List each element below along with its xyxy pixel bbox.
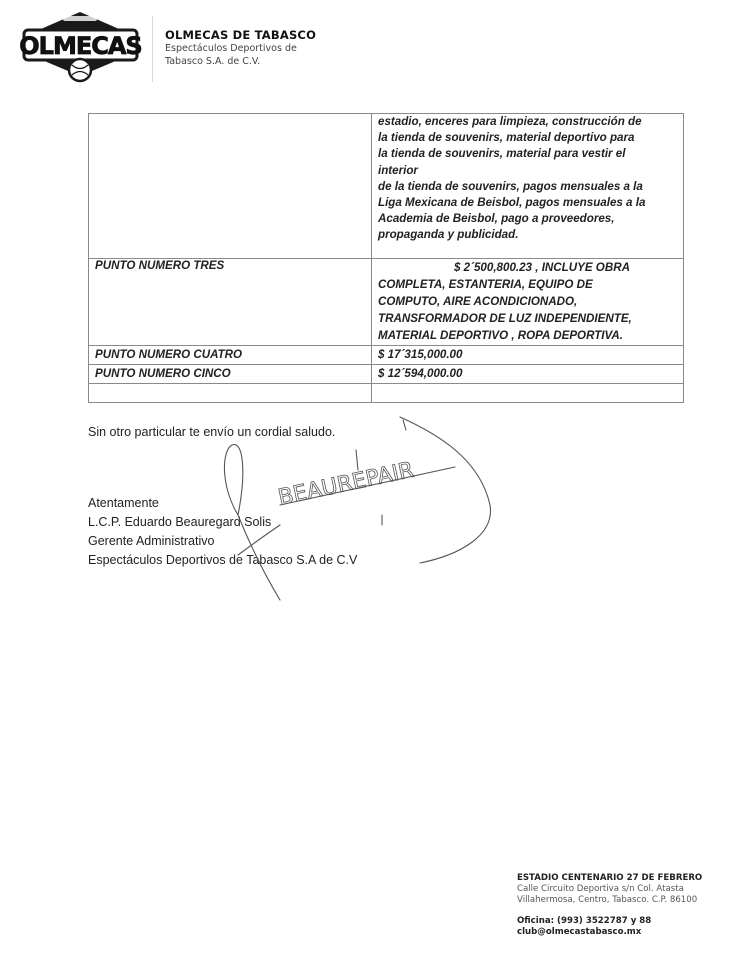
row-amount: $ 12´594,000.00: [372, 365, 684, 384]
table-row: PUNTO NUMERO CINCO $ 12´594,000.00: [89, 365, 684, 384]
svg-text:OLMECAS: OLMECAS: [19, 32, 141, 60]
row-amount: $ 17´315,000.00: [372, 346, 684, 365]
description-line: , INCLUYE OBRA: [535, 261, 630, 274]
row-label: PUNTO NUMERO TRES: [89, 259, 372, 346]
table-row: [89, 384, 684, 403]
olmecas-logo-icon: OLMECAS: [18, 10, 143, 85]
email-link[interactable]: club@olmecastabasco.mx: [517, 927, 702, 938]
phone: Oficina: (993) 3522787 y 88: [517, 916, 702, 927]
footer-contact: ESTADIO CENTENARIO 27 DE FEBRERO Calle C…: [517, 873, 702, 938]
row-amount: [372, 384, 684, 403]
description-line: MATERIAL DEPORTIVO , ROPA DEPORTIVA.: [378, 327, 677, 344]
row-description: estadio, enceres para limpieza, construc…: [372, 114, 684, 259]
address-line2: Villahermosa, Centro, Tabasco. C.P. 8610…: [517, 895, 702, 906]
description-line: interior: [378, 163, 677, 179]
description-line: TRANSFORMADOR DE LUZ INDEPENDIENTE,: [378, 310, 677, 327]
row-description: $ 2´500,800.23 , INCLUYE OBRA COMPLETA, …: [372, 259, 684, 346]
description-line: Academia de Beisbol, pago a proveedores,: [378, 211, 677, 227]
organization-info: OLMECAS DE TABASCO Espectáculos Deportiv…: [165, 28, 316, 68]
description-line: estadio, enceres para limpieza, construc…: [378, 114, 677, 130]
signature-block: Atentamente L.C.P. Eduardo Beauregard So…: [88, 494, 357, 570]
venue-name: ESTADIO CENTENARIO 27 DE FEBRERO: [517, 873, 702, 884]
org-subtitle-line2: Tabasco S.A. de C.V.: [165, 56, 316, 68]
header-divider: [152, 16, 153, 82]
signer-company: Espectáculos Deportivos de Tabasco S.A d…: [88, 551, 357, 570]
description-line: COMPLETA, ESTANTERIA, EQUIPO DE: [378, 276, 677, 293]
table-row: PUNTO NUMERO TRES $ 2´500,800.23 , INCLU…: [89, 259, 684, 346]
table-row: PUNTO NUMERO CUATRO $ 17´315,000.00: [89, 346, 684, 365]
description-line: la tienda de souvenirs, material deporti…: [378, 130, 677, 146]
signer-name: L.C.P. Eduardo Beauregard Solis: [88, 513, 357, 532]
row-label: [89, 114, 372, 259]
budget-table: estadio, enceres para limpieza, construc…: [88, 113, 684, 403]
signer-title: Gerente Administrativo: [88, 532, 357, 551]
description-line: la tienda de souvenirs, material para ve…: [378, 146, 677, 162]
description-line: Liga Mexicana de Beisbol, pagos mensuale…: [378, 195, 677, 211]
closing-text: Sin otro particular te envío un cordial …: [88, 425, 335, 439]
description-line: de la tienda de souvenirs, pagos mensual…: [378, 179, 677, 195]
org-subtitle-line1: Espectáculos Deportivos de: [165, 43, 316, 55]
row-amount: $ 2´500,800.23: [378, 259, 532, 276]
letterhead: OLMECAS OLMECAS DE TABASCO Espectáculos …: [0, 0, 750, 90]
row-label: [89, 384, 372, 403]
salutation: Atentamente: [88, 494, 357, 513]
address-line1: Calle Circuito Deportiva s/n Col. Atasta: [517, 884, 702, 895]
row-label: PUNTO NUMERO CINCO: [89, 365, 372, 384]
org-name: OLMECAS DE TABASCO: [165, 28, 316, 42]
table-row: estadio, enceres para limpieza, construc…: [89, 114, 684, 259]
description-line: propaganda y publicidad.: [378, 227, 677, 243]
row-label: PUNTO NUMERO CUATRO: [89, 346, 372, 365]
description-line: COMPUTO, AIRE ACONDICIONADO,: [378, 293, 677, 310]
